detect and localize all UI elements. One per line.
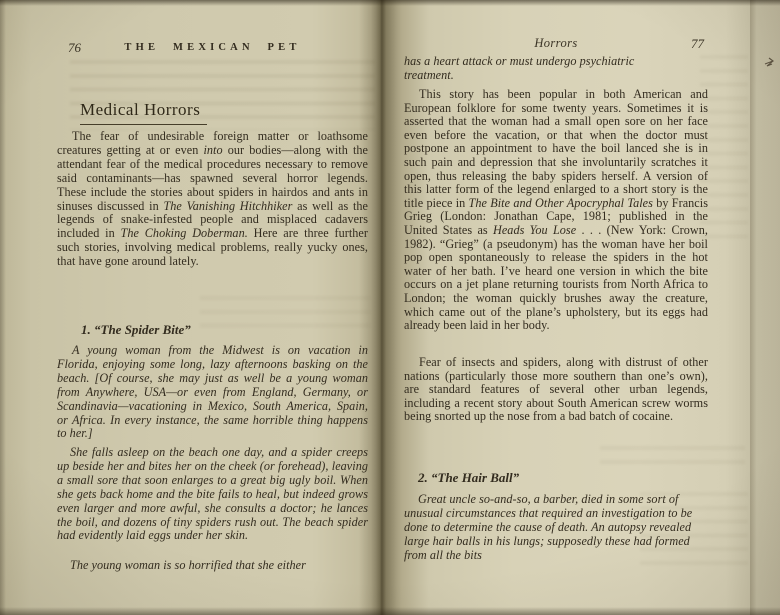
story-2-paragraph-1: Great uncle so-and-so, a barber, died in… <box>404 492 698 562</box>
right-page: Horrors 77 has a heart attack or must un… <box>390 0 780 615</box>
left-page: 76 THE MEXICAN PET Medical Horrors The f… <box>0 0 390 615</box>
page-showthrough <box>600 446 745 472</box>
story-1-paragraph-2: She falls asleep on the beach one day, a… <box>57 446 368 543</box>
photo-edge-left <box>0 0 6 615</box>
right-page-header: Horrors 77 <box>404 36 708 52</box>
intro-paragraph: The fear of undesirable foreign matter o… <box>57 130 368 269</box>
commentary-paragraph-2: Fear of insects and spiders, along with … <box>404 356 708 424</box>
story-1-paragraph-3: The young woman is so horrified that she… <box>57 559 368 573</box>
running-header-right: Horrors <box>404 36 708 51</box>
story-1-continuation: has a heart attack or must undergo psych… <box>404 55 686 82</box>
pen-mark <box>764 55 780 69</box>
page-block-edge <box>750 0 780 615</box>
section-heading-text: Medical Horrors <box>80 100 207 125</box>
story-2-heading: 2. “The Hair Ball” <box>418 470 519 486</box>
story-1-heading: 1. “The Spider Bite” <box>81 322 191 338</box>
running-header-left: THE MEXICAN PET <box>57 42 368 53</box>
left-page-header: 76 THE MEXICAN PET <box>57 40 368 56</box>
commentary-paragraph: This story has been popular in both Amer… <box>404 88 708 333</box>
photo-edge-bottom <box>0 607 780 615</box>
book-photo: 76 THE MEXICAN PET Medical Horrors The f… <box>0 0 780 615</box>
section-heading: Medical Horrors <box>80 100 207 125</box>
page-showthrough <box>200 296 370 332</box>
right-page-number: 77 <box>691 36 704 52</box>
photo-edge-top <box>0 0 780 6</box>
book-gutter <box>371 0 397 615</box>
story-1-paragraph-1: A young woman from the Midwest is on vac… <box>57 344 368 441</box>
